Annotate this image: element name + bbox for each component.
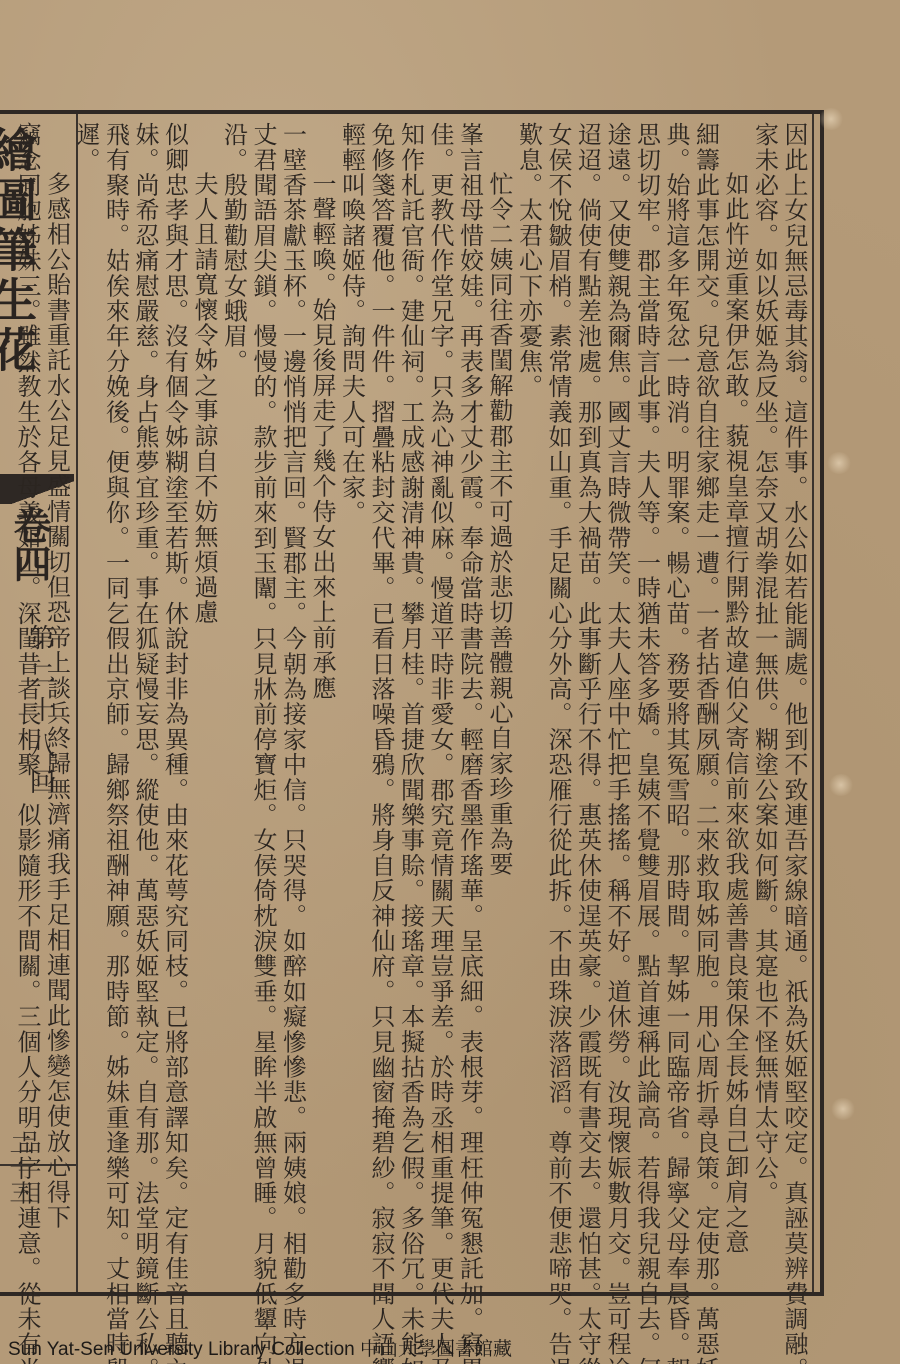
text-column: 峯言祖母惜姣娃。再表多才丈少霞。奉命當時書院去。輕磨香墨作瑤華。呈底細。表根芽。… — [454, 122, 484, 1288]
text-column: 知作札託官衙。建仙祠。工成感謝清神貴。攀月桂。首捷欣聞樂事賒。接瑤章。本擬拈香為… — [395, 122, 425, 1288]
text-column: 佳。更教代作堂兄字。只為心神亂似麻。慢道平時非愛女。郡究竟情關天理豈爭差。於時丞… — [425, 122, 455, 1288]
text-column: 途遠。又使雙親為爾焦。國丈言時微帶笑。太夫人座中忙把手搖搖。稱不好。道休勞。汝現… — [602, 122, 632, 1288]
paper-stain — [830, 1098, 856, 1120]
text-column: 一壁香茶獻玉杯。一邊悄悄把言回。賢郡主。今朝為接家中信。只哭得。如醉如癡慘慘悲。… — [277, 122, 307, 1288]
text-column: 思切切牢。郡主當時言此事。夫人等。一時猶未答多嬌。皇姨不覺雙眉展。點首連稱此論高… — [631, 122, 661, 1288]
paper-stain — [818, 108, 844, 130]
library-caption: Sun Yat-Sen University Library Collectio… — [8, 1334, 512, 1361]
text-column: 女侯不悅皺眉梢。素常情義如山重。手足關心分外高。深恐雁行從此拆。不由珠淚落滔滔。… — [543, 122, 573, 1288]
inner-border-rule — [812, 114, 814, 1292]
text-column: 丈君聞語眉尖鎖。慢慢的。款步前來到玉闈。只見牀前停寶炬。女侯倚枕淚雙垂。星眸半啟… — [248, 122, 278, 1288]
prose-column: 忙令二姨同往香閨解勸郡主不可過於悲切善體親心自家珍重為要 — [484, 122, 514, 1288]
prose-column: 如此忤逆重案伊怎敢。藐視皇章擅行開黔故違伯父寄信前來欲我處善書良策保全長姊自己卸… — [720, 122, 750, 1288]
text-column: 似卿忠孝與才思。沒有個令姊糊塗至若斯。休說封非為異種。由來花萼究同枝。已將部意譯… — [159, 122, 189, 1288]
text-column: 家未必容。如以妖姬為反坐。怎奈又胡拳混扯一無供。糊塗公案如何斷。其寔也不怪無情太… — [749, 122, 779, 1288]
text-column: 妹。尚希忍痛慰嚴慈。身占熊夢宜珍重。事在狐疑慢妄思。縱使他。萬惡妖姬堅執定。自有… — [130, 122, 160, 1288]
main-text: 因此上女兒無忌毒其翁。這件事。水公如若能調處。他到不致連吾家線暗通。祇為妖姬堅咬… — [82, 122, 808, 1288]
text-column: 細籌此事怎開交。兒意欲自往家鄉走一遭。一者拈香酬夙願。二來救取姊同胞。用心周折尋… — [690, 122, 720, 1288]
paper-stain — [826, 452, 852, 474]
text-column: 竊念同胞姊妹三。雖然教生於各母義如山。深閨昔者長相聚。似影隨形不間關。三個人分明… — [12, 122, 42, 1288]
text-column: 典。始將這多年冤忿一時消。明罪案。暢心苗。務要將其冤雪昭。那時間。挈姊一同臨帝省… — [661, 122, 691, 1288]
text-column: 迢迢。倘使有點差池處。那到真為大禍苗。此事斷乎行不得。惠英休使逞英豪。少霞既有書… — [572, 122, 602, 1288]
text-column: 輕輕叫喚諸姬侍。詢問夫人可在家。 — [336, 122, 366, 1288]
text-column: 沿。殷勤勸慰女蛾眉。 — [218, 122, 248, 1288]
prose-column: 一聲輕喚。始見後屏走了幾个侍女出來上前承應 — [307, 122, 337, 1288]
text-column: 遲。 — [71, 122, 101, 1288]
paper-stain — [828, 774, 854, 796]
text-column: 飛有聚時。姑俟來年分娩後。便與你。一同乞假出京師。歸鄉祭祖酬神願。那時節。姊妹重… — [100, 122, 130, 1288]
prose-column: 多感相公貽書重託水公足見盛情關切但恐帝上談兵終歸無濟痛我手足相連聞此慘變怎使放心… — [41, 122, 71, 1288]
prose-column: 夫人且請寬懷令姊之事諒自不妨無煩過慮 — [189, 122, 219, 1288]
text-column: 歎息。太君心下亦憂焦。 — [513, 122, 543, 1288]
text-column: 免修箋答覆他。一件件。摺疊粘封交代畢。已看日落噪昏鴉。將身自反神仙府。只見幽窗掩… — [366, 122, 396, 1288]
text-column: 因此上女兒無忌毒其翁。這件事。水公如若能調處。他到不致連吾家線暗通。祇為妖姬堅咬… — [779, 122, 809, 1288]
